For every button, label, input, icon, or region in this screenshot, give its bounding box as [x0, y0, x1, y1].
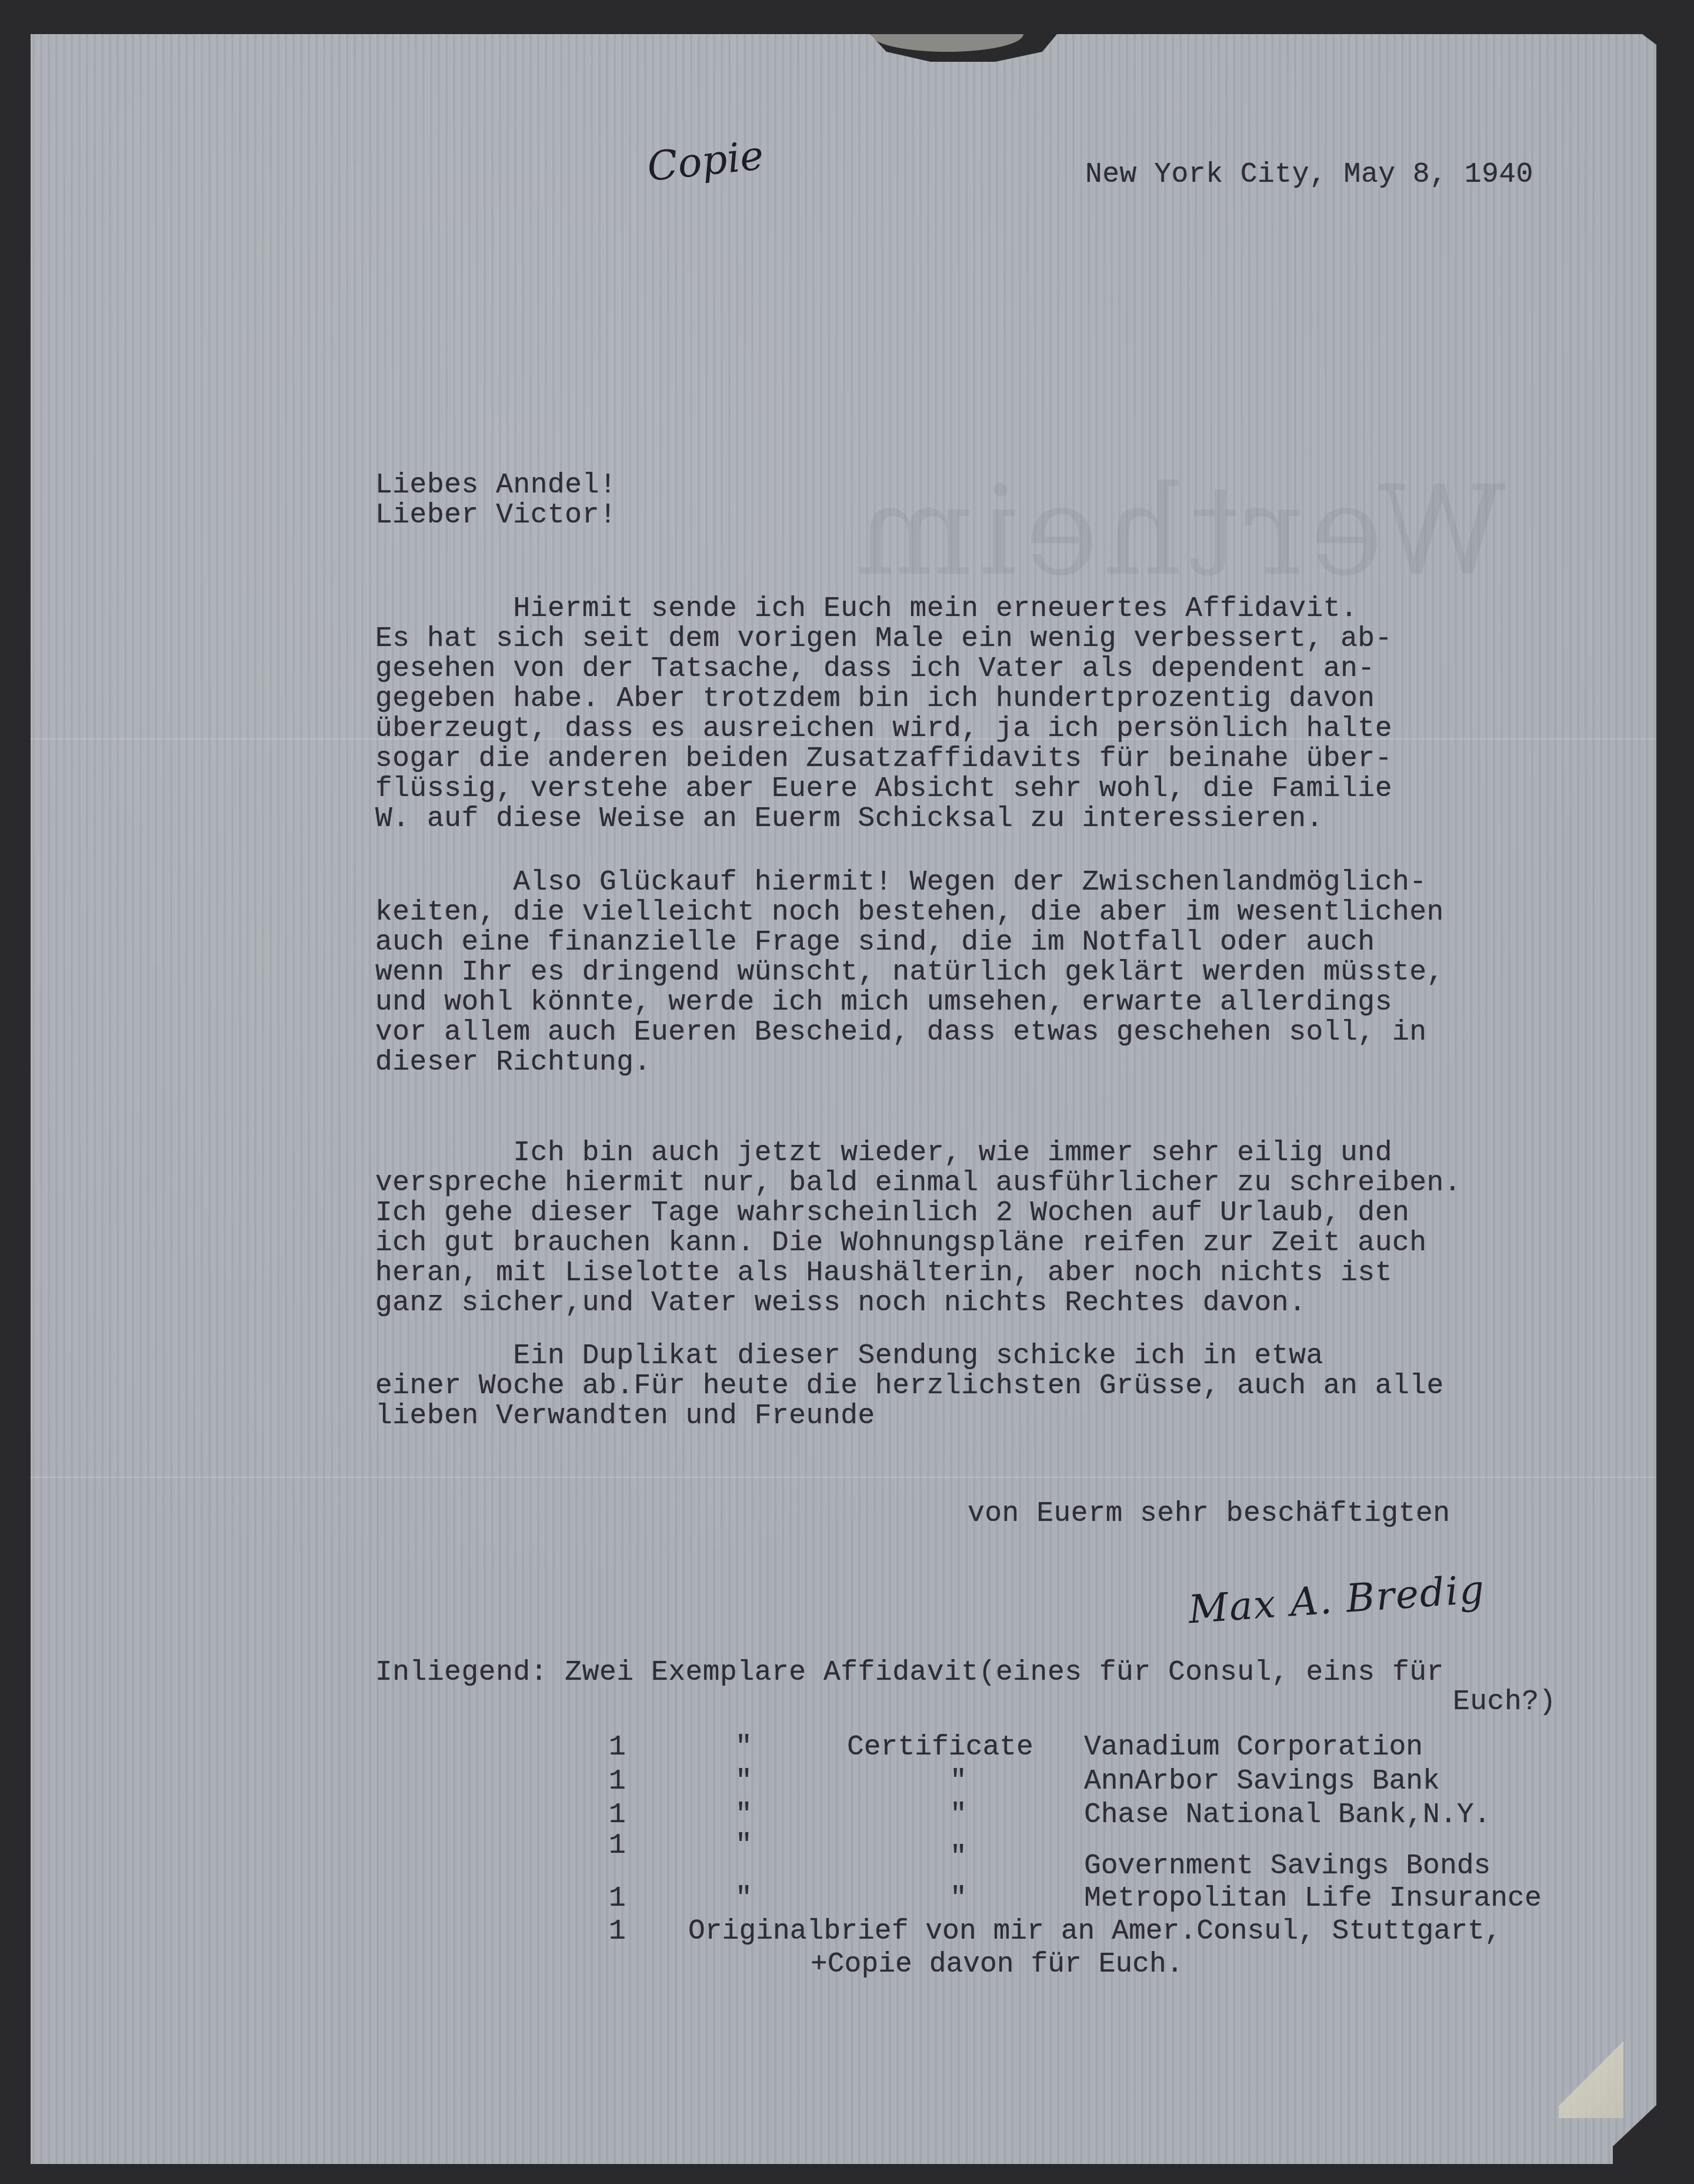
letter-sheet	[31, 34, 1656, 2164]
text-line: W. auf diese Weise an Euerm Schicksal zu…	[375, 803, 1323, 835]
text-line: Hiermit sende ich Euch mein erneuertes A…	[375, 593, 1358, 625]
text-line: auch eine finanzielle Frage sind, die im…	[375, 927, 1375, 958]
enclosure-qty: 1	[609, 1799, 626, 1831]
enclosure-qty: 1	[609, 1830, 626, 1862]
text-line: gesehen von der Tatsache, dass ich Vater…	[375, 653, 1375, 685]
text-line: dieser Richtung.	[375, 1047, 651, 1078]
ditto-mark: "	[950, 1799, 967, 1831]
ditto-mark: "	[735, 1799, 752, 1831]
text-line: Es hat sich seit dem vorigen Male ein we…	[375, 623, 1392, 655]
salutation-line: Liebes Anndel!	[375, 470, 616, 501]
paragraph-2: Also Glückauf hiermit! Wegen der Zwische…	[375, 868, 1444, 1078]
enclosure-qty: 1	[609, 1916, 626, 1947]
text-line: flüssig, verstehe aber Euere Absicht seh…	[375, 773, 1392, 805]
enclosure-qty: 1	[609, 1883, 626, 1915]
text-line: überzeugt, dass es ausreichen wird, ja i…	[375, 713, 1392, 745]
ditto-mark: "	[950, 1883, 967, 1915]
place-date: New York City, May 8, 1940	[1085, 160, 1533, 190]
text-line: Ich gehe dieser Tage wahrscheinlich 2 Wo…	[375, 1197, 1409, 1229]
paper-crease	[31, 1477, 1656, 1478]
enclosure-org: Chase National Bank,N.Y.	[1084, 1799, 1490, 1831]
text-line: wenn Ihr es dringend wünscht, natürlich …	[375, 957, 1444, 988]
ditto-mark: "	[950, 1842, 967, 1873]
paragraph-4: Ein Duplikat dieser Sendung schicke ich …	[375, 1341, 1444, 1431]
paper-notch	[871, 34, 1023, 52]
enclosures-heading: Inliegend: Zwei Exemplare Affidavit(eine…	[375, 1658, 1444, 1688]
ditto-mark: "	[735, 1883, 752, 1915]
text-line: lieben Verwandten und Freunde	[375, 1400, 875, 1432]
paragraph-1: Hiermit sende ich Euch mein erneuertes A…	[375, 594, 1392, 834]
enclosure-copy-note: +Copie davon für Euch.	[811, 1949, 1183, 1980]
enclosure-qty: 1	[609, 1766, 626, 1797]
paragraph-3: Ich bin auch jetzt wieder, wie immer seh…	[375, 1138, 1461, 1319]
enclosure-org: Government Savings Bonds	[1084, 1850, 1490, 1882]
text-line: vor allem auch Eueren Bescheid, dass etw…	[375, 1017, 1427, 1048]
text-line: Also Glückauf hiermit! Wegen der Zwische…	[375, 867, 1427, 898]
enclosures-heading-continued: Euch?)	[1453, 1687, 1556, 1717]
ditto-mark: "	[735, 1830, 752, 1862]
enclosure-qty: 1	[609, 1732, 626, 1763]
text-line: Ich bin auch jetzt wieder, wie immer seh…	[375, 1137, 1392, 1169]
text-line: ich gut brauchen kann. Die Wohnungspläne…	[375, 1227, 1427, 1259]
text-line: verspreche hiermit nur, bald einmal ausf…	[375, 1167, 1461, 1199]
text-line: keiten, die vielleicht noch bestehen, di…	[375, 897, 1444, 928]
text-line: gegeben habe. Aber trotzdem bin ich hund…	[375, 683, 1375, 715]
folded-corner	[1559, 2042, 1623, 2118]
text-line: ganz sicher,und Vater weiss noch nichts …	[375, 1287, 1306, 1319]
text-line: sogar die anderen beiden Zusatzaffidavit…	[375, 743, 1392, 775]
enclosure-org: Metropolitan Life Insurance	[1084, 1883, 1542, 1915]
ditto-mark: "	[735, 1766, 752, 1797]
enclosure-org: AnnArbor Savings Bank	[1084, 1766, 1440, 1797]
salutation: Liebes Anndel! Lieber Victor!	[375, 471, 616, 531]
ditto-mark: "	[950, 1766, 967, 1797]
text-line: und wohl könnte, werde ich mich umsehen,…	[375, 987, 1392, 1018]
ditto-mark: "	[735, 1732, 752, 1763]
enclosure-org: Vanadium Corporation	[1084, 1732, 1423, 1763]
closing-line: von Euerm sehr beschäftigten	[968, 1499, 1450, 1529]
text-line: Ein Duplikat dieser Sendung schicke ich …	[375, 1340, 1323, 1372]
enclosure-type: Certificate	[847, 1732, 1033, 1763]
text-line: einer Woche ab.Für heute die herzlichste…	[375, 1370, 1444, 1402]
salutation-line: Lieber Victor!	[375, 500, 616, 531]
text-line: heran, mit Liselotte als Haushälterin, a…	[375, 1257, 1392, 1289]
enclosure-original-letter: Originalbrief von mir an Amer.Consul, St…	[688, 1916, 1502, 1947]
